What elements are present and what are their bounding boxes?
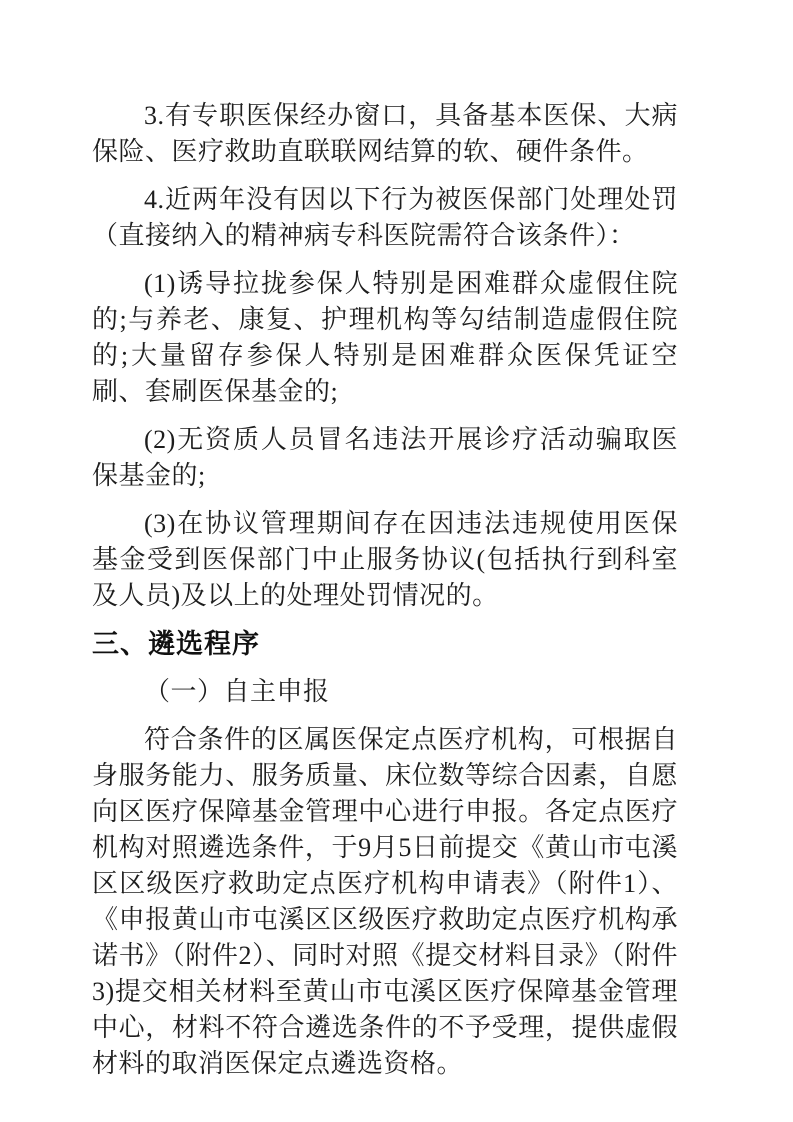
paragraph-violation-3: (3)在协议管理期间存在因违法违规使用医保基金受到医保部门中止服务协议(包括执行… (92, 506, 678, 614)
paragraph-violation-2: (2)无资质人员冒名违法开展诊疗活动骗取医保基金的; (92, 422, 678, 494)
section-heading-selection-procedure: 三、遴选程序 (92, 626, 678, 662)
paragraph-violation-1: (1)诱导拉拢参保人特别是困难群众虚假住院的;与养老、康复、护理机构等勾结制造虚… (92, 266, 678, 410)
subsection-heading-self-declaration: （一）自主申报 (92, 674, 678, 710)
paragraph-condition-4: 4.近两年没有因以下行为被医保部门处理处罚（直接纳入的精神病专科医院需符合该条件… (92, 182, 678, 254)
paragraph-condition-3: 3.有专职医保经办窗口，具备基本医保、大病保险、医疗救助直联联网结算的软、硬件条… (92, 98, 678, 170)
document-page: 3.有专职医保经办窗口，具备基本医保、大病保险、医疗救助直联联网结算的软、硬件条… (0, 0, 793, 1122)
document-content: 3.有专职医保经办窗口，具备基本医保、大病保险、医疗救助直联联网结算的软、硬件条… (92, 98, 678, 1094)
paragraph-application-process: 符合条件的区属医保定点医疗机构，可根据自身服务能力、服务质量、床位数等综合因素，… (92, 722, 678, 1082)
